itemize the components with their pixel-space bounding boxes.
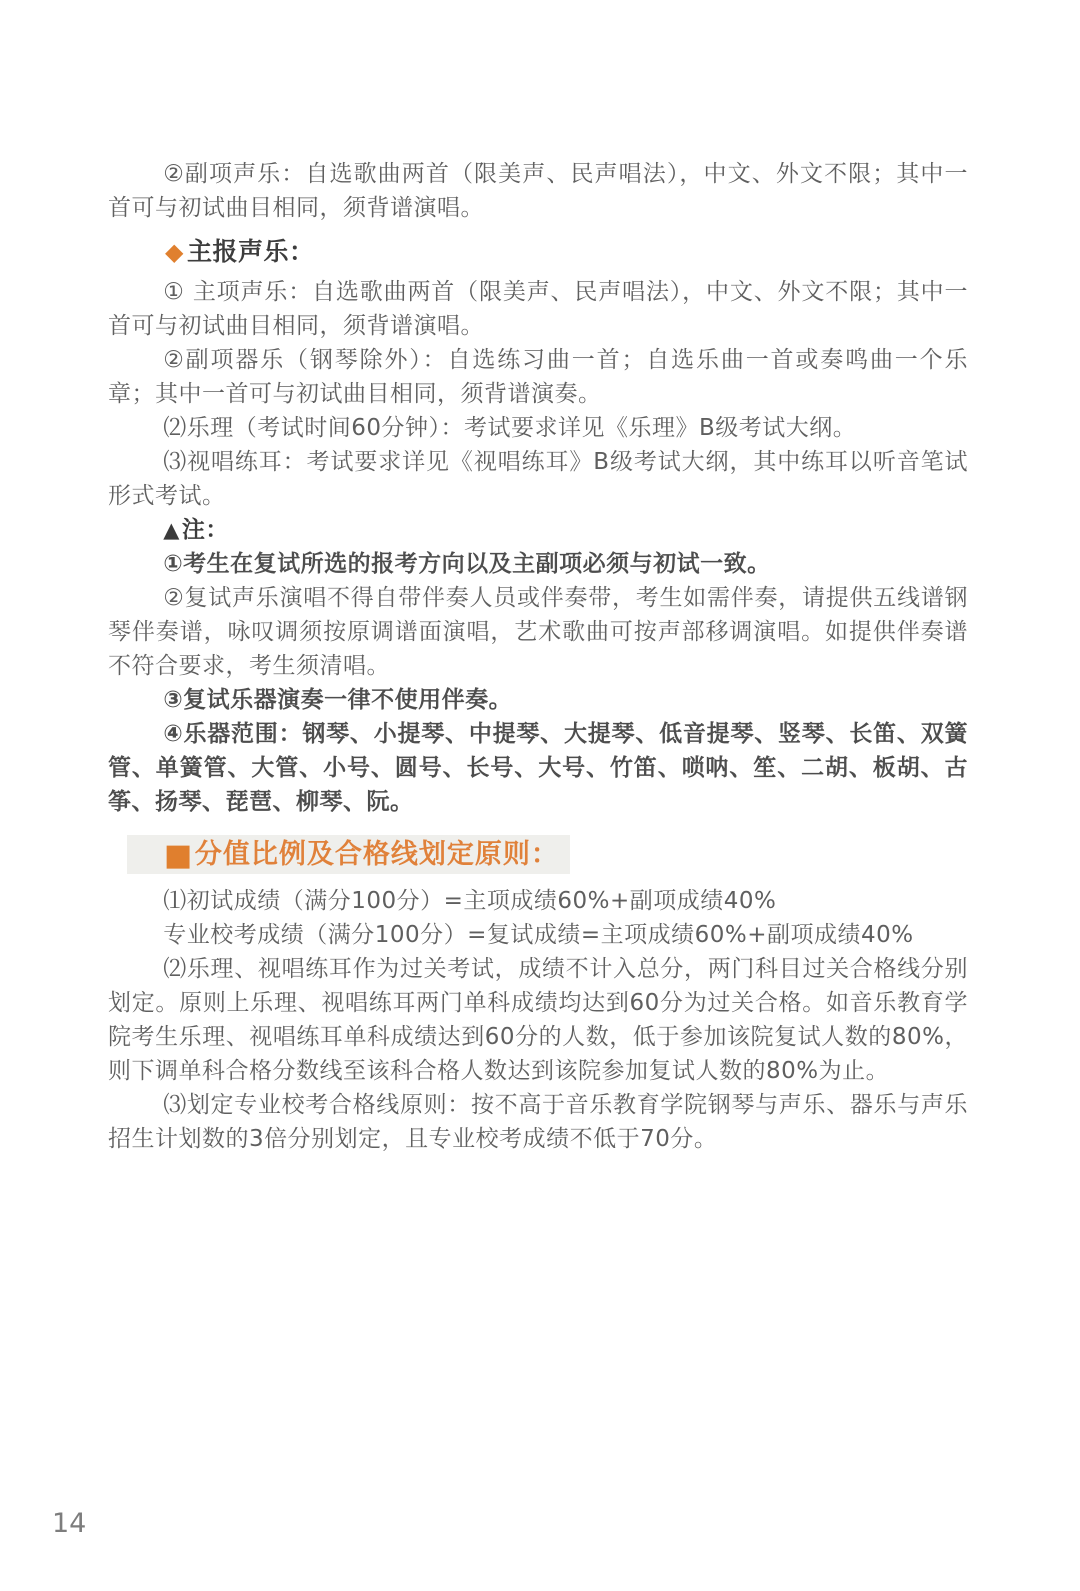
para-vice-vocal: ②副项声乐：自选歌曲两首（限美声、民声唱法），中文、外文不限；其中一首可与初试曲… [108,157,968,225]
page-number: 14 [52,1506,86,1542]
note-item: ④乐器范围：钢琴、小提琴、中提琴、大提琴、低音提琴、竖琴、长笛、双簧管、单簧管、… [108,717,968,819]
document-page: ②副项声乐：自选歌曲两首（限美声、民声唱法），中文、外文不限；其中一首可与初试曲… [0,0,1080,1591]
note-item: ①考生在复试所选的报考方向以及主副项必须与初试一致。 [108,547,968,581]
page-content: ②副项声乐：自选歌曲两首（限美声、民声唱法），中文、外文不限；其中一首可与初试曲… [108,157,968,1156]
para-solfeggio: ⑶视唱练耳：考试要求详见《视唱练耳》B级考试大纲，其中练耳以听音笔试形式考试。 [108,445,968,513]
notes-title-label: 注： [182,517,229,543]
triangle-icon: ▲ [163,518,180,542]
section-header-bar: ■ 分值比例及合格线划定原则： [127,835,570,874]
square-icon: ■ [164,841,193,871]
para-pass-line: ⑵乐理、视唱练耳作为过关考试，成绩不计入总分，两门科目过关合格线分别划定。原则上… [108,952,968,1088]
note-item: ②复试声乐演唱不得自带伴奏人员或伴奏带，考生如需伴奏，请提供五线谱钢琴伴奏谱，咏… [108,581,968,683]
diamond-icon: ◆ [165,238,184,266]
para-music-theory: ⑵乐理（考试时间60分钟）：考试要求详见《乐理》B级考试大纲。 [108,411,968,445]
heading-main-vocal: ◆主报声乐： [108,234,968,270]
heading-main-vocal-label: 主报声乐： [187,237,315,266]
section-header-title: 分值比例及合格线划定原则： [195,838,559,872]
note-item: ③复试乐器演奏一律不使用伴奏。 [108,683,968,717]
score-line: ⑴初试成绩（满分100分）=主项成绩60%+副项成绩40% [108,884,968,918]
para-vice-instrument: ②副项器乐（钢琴除外）：自选练习曲一首；自选乐曲一首或奏鸣曲一个乐章；其中一首可… [108,343,968,411]
score-line: 专业校考成绩（满分100分）=复试成绩=主项成绩60%+副项成绩40% [108,918,968,952]
notes-title: ▲注： [108,513,968,547]
para-main-vocal: ① 主项声乐：自选歌曲两首（限美声、民声唱法），中文、外文不限；其中一首可与初试… [108,275,968,343]
para-qualify-principle: ⑶划定专业校考合格线原则：按不高于音乐教育学院钢琴与声乐、器乐与声乐招生计划数的… [108,1088,968,1156]
